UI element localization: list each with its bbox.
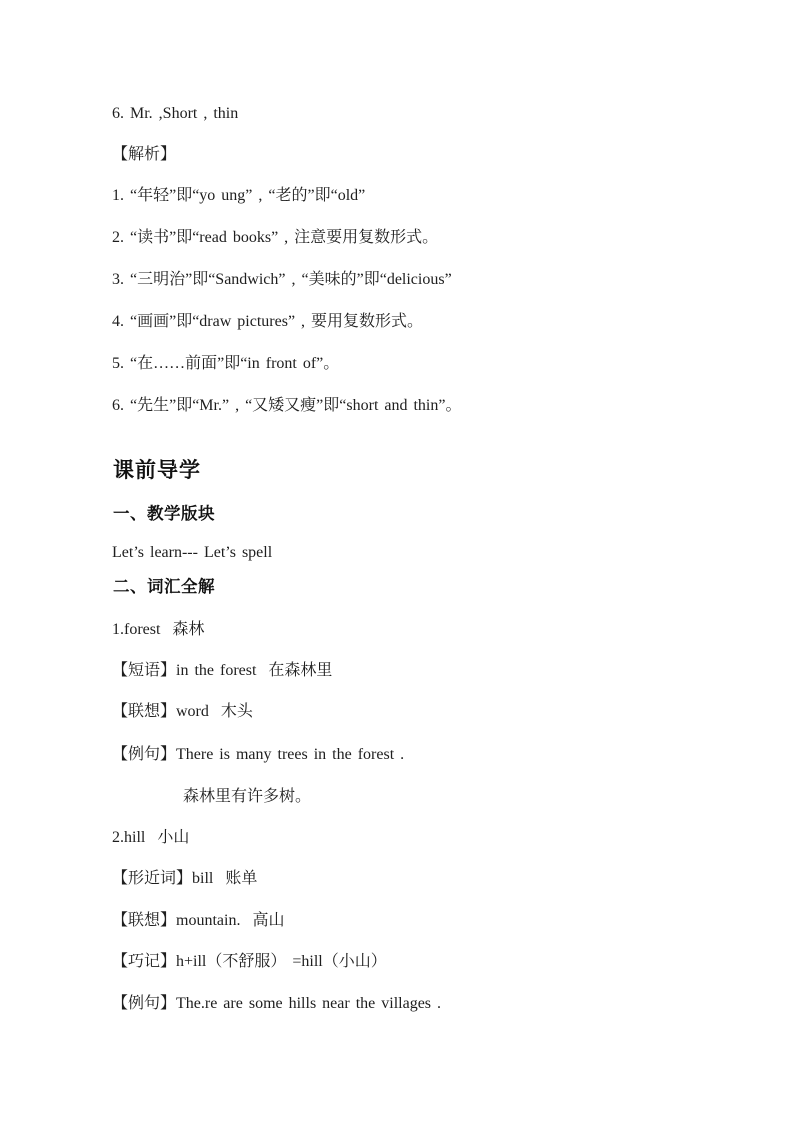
analysis-item: 5. “在……前面”即“in front of”。	[112, 354, 339, 374]
vocab-headword-hill: 2.hill 小山	[112, 828, 189, 848]
vocab-association-line: 【联想】word 木头	[112, 702, 253, 722]
vocab-mnemonic-line: 【巧记】h+ill（不舒服） =hill（小山）	[112, 952, 387, 972]
vocab-association-line: 【联想】mountain. 高山	[112, 911, 284, 931]
section-content-teaching-blocks: Let’s learn--- Let’s spell	[112, 543, 272, 563]
analysis-item: 6. “先生”即“Mr.” , “又矮又瘦”即“short and thin”。	[112, 396, 461, 416]
document-page: 6. Mr. ,Short , thin 【解析】 1. “年轻”即“yo un…	[0, 0, 793, 1122]
analysis-item: 4. “画画”即“draw pictures” , 要用复数形式。	[112, 312, 423, 332]
vocab-example-line: 【例句】The.re are some hills near the villa…	[112, 994, 441, 1014]
section-heading-teaching-blocks: 一、教学版块	[113, 503, 215, 524]
analysis-item: 1. “年轻”即“yo ung” , “老的”即“old”	[112, 186, 365, 206]
section-heading-vocabulary: 二、词汇全解	[113, 576, 215, 597]
analysis-label: 【解析】	[112, 145, 176, 165]
vocab-headword-forest: 1.forest 森林	[112, 620, 204, 640]
vocab-example-line: 【例句】There is many trees in the forest .	[112, 745, 404, 765]
vocab-example-translation: 森林里有许多树。	[183, 787, 311, 807]
answer-line: 6. Mr. ,Short , thin	[112, 104, 238, 124]
vocab-similar-word-line: 【形近词】bill 账单	[112, 869, 257, 889]
vocab-phrase-line: 【短语】in the forest 在森林里	[112, 661, 332, 681]
analysis-item: 2. “读书”即“read books” , 注意要用复数形式。	[112, 228, 438, 248]
preclass-title: 课前导学	[113, 457, 201, 483]
analysis-item: 3. “三明治”即“Sandwich” , “美味的”即“delicious”	[112, 270, 452, 290]
